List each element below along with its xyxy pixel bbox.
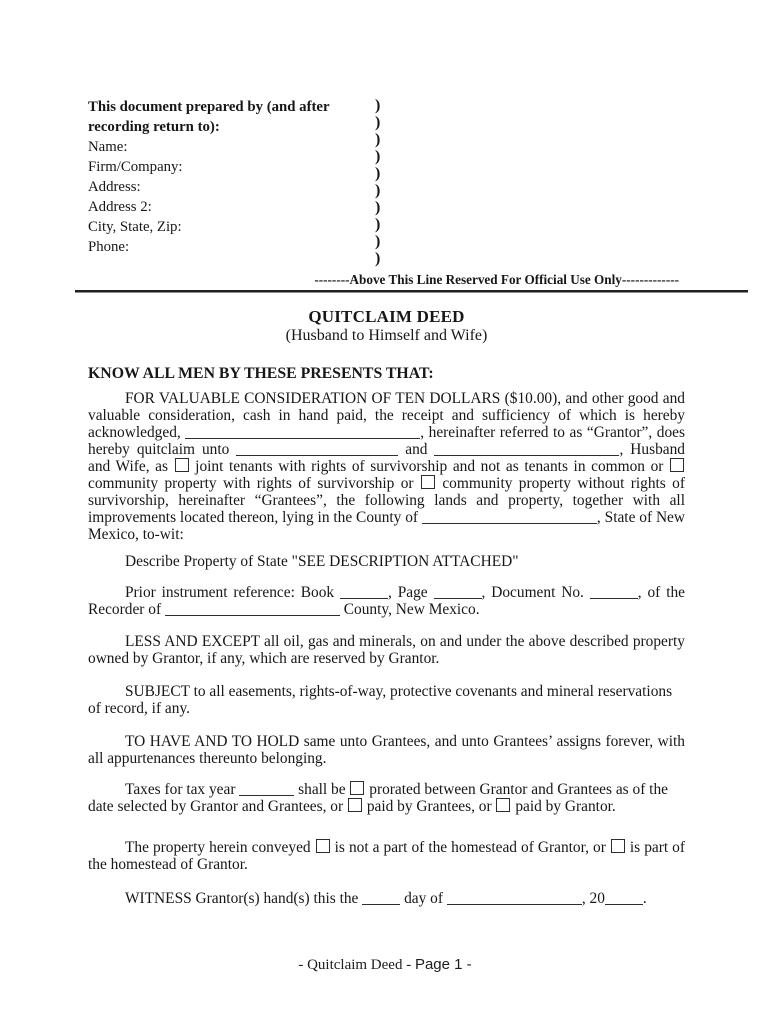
paragraph-habendum: TO HAVE AND TO HOLD same unto Grantees, … — [88, 733, 685, 767]
separator-rule — [75, 290, 748, 293]
footer-doc-label: - Quitclaim Deed - — [298, 957, 415, 973]
consideration-text-5: joint tenants with rights of survivorshi… — [190, 458, 669, 475]
taxes-text-4: paid by Grantees, or — [363, 798, 496, 815]
witness-text-1: WITNESS Grantor(s) hand(s) this the — [125, 890, 362, 907]
paren-mark: ) — [375, 250, 380, 267]
checkbox-taxes-paid-by-grantor[interactable] — [496, 798, 510, 812]
homestead-text-1: The property herein conveyed — [125, 839, 315, 856]
field-label-city-state-zip: City, State, Zip: — [88, 217, 375, 237]
prior-instrument-text-1: Prior instrument reference: Book — [125, 584, 340, 601]
paragraph-taxes: Taxes for tax year shall be prorated bet… — [88, 781, 685, 815]
recording-header-row: This document prepared by (and after rec… — [88, 97, 685, 270]
taxes-text-5: paid by Grantor. — [511, 798, 615, 815]
recording-block-heading: This document prepared by (and after rec… — [88, 97, 375, 137]
checkbox-is-homestead[interactable] — [611, 839, 625, 853]
recording-return-block: This document prepared by (and after rec… — [88, 97, 375, 257]
paren-mark: ) — [375, 165, 380, 182]
taxes-text-2: shall be — [294, 781, 349, 798]
field-label-firm-company: Firm/Company: — [88, 157, 375, 177]
blank-grantee-2[interactable] — [434, 443, 619, 456]
checkbox-joint-tenants[interactable] — [175, 458, 189, 472]
blank-month[interactable] — [447, 892, 582, 905]
page-footer: - Quitclaim Deed - Page 1 - — [0, 956, 770, 974]
witness-text-2: day of — [400, 890, 447, 907]
field-label-name: Name: — [88, 137, 375, 157]
checkbox-not-homestead[interactable] — [316, 839, 330, 853]
document-page: This document prepared by (and after rec… — [0, 0, 770, 1024]
blank-document-no[interactable] — [590, 586, 638, 599]
checkbox-community-property-with-rights[interactable] — [670, 458, 684, 472]
blank-county[interactable] — [422, 511, 597, 524]
presents-heading: KNOW ALL MEN BY THESE PRESENTS THAT: — [88, 365, 685, 382]
checkbox-taxes-paid-by-grantees[interactable] — [348, 798, 362, 812]
checkbox-community-property-without-rights[interactable] — [421, 475, 435, 489]
blank-recorder-county[interactable] — [165, 603, 340, 616]
paren-mark: ) — [375, 216, 380, 233]
paragraph-subject-to: SUBJECT to all easements, rights-of-way,… — [88, 683, 685, 717]
blank-year[interactable] — [605, 892, 643, 905]
reserved-for-official-use-note: --------Above This Line Reserved For Off… — [88, 272, 685, 287]
field-label-address-2: Address 2: — [88, 197, 375, 217]
blank-grantee-1[interactable] — [236, 443, 398, 456]
blank-day[interactable] — [362, 892, 400, 905]
prior-instrument-text-5: County, New Mexico. — [340, 601, 480, 618]
paragraph-prior-instrument: Prior instrument reference: Book , Page … — [88, 584, 685, 618]
prior-instrument-text-3: , Document No. — [482, 584, 590, 601]
paragraph-property-description: Describe Property of State "SEE DESCRIPT… — [88, 553, 685, 570]
paren-mark: ) — [375, 97, 380, 114]
blank-tax-year[interactable] — [239, 783, 294, 796]
document-subtitle: (Husband to Himself and Wife) — [88, 326, 685, 345]
prior-instrument-text-2: , Page — [388, 584, 434, 601]
consideration-text-6: community property with rights of surviv… — [88, 475, 420, 492]
blank-book[interactable] — [340, 586, 388, 599]
paragraph-consideration: FOR VALUABLE CONSIDERATION OF TEN DOLLAR… — [88, 390, 685, 543]
notary-paren-column: ) ) ) ) ) ) ) ) ) ) — [375, 97, 380, 267]
document-title: QUITCLAIM DEED — [88, 307, 685, 326]
paren-mark: ) — [375, 131, 380, 148]
paren-mark: ) — [375, 114, 380, 131]
paragraph-witness: WITNESS Grantor(s) hand(s) this the day … — [88, 890, 685, 907]
paragraph-homestead: The property herein conveyed is not a pa… — [88, 839, 685, 873]
witness-text-3: , 20 — [582, 890, 605, 907]
consideration-text-3: and — [398, 441, 434, 458]
taxes-text-1: Taxes for tax year — [125, 781, 239, 798]
paren-mark: ) — [375, 233, 380, 250]
homestead-text-2: is not a part of the homestead of Granto… — [331, 839, 610, 856]
blank-grantor-name[interactable] — [185, 426, 420, 439]
blank-page[interactable] — [434, 586, 482, 599]
checkbox-taxes-prorated[interactable] — [350, 781, 364, 795]
paren-mark: ) — [375, 148, 380, 165]
paren-mark: ) — [375, 199, 380, 216]
footer-page-number: Page 1 - — [415, 956, 472, 973]
field-label-address: Address: — [88, 177, 375, 197]
paren-mark: ) — [375, 182, 380, 199]
witness-text-4: . — [643, 890, 647, 907]
paragraph-less-and-except: LESS AND EXCEPT all oil, gas and mineral… — [88, 633, 685, 667]
field-label-phone: Phone: — [88, 237, 375, 257]
